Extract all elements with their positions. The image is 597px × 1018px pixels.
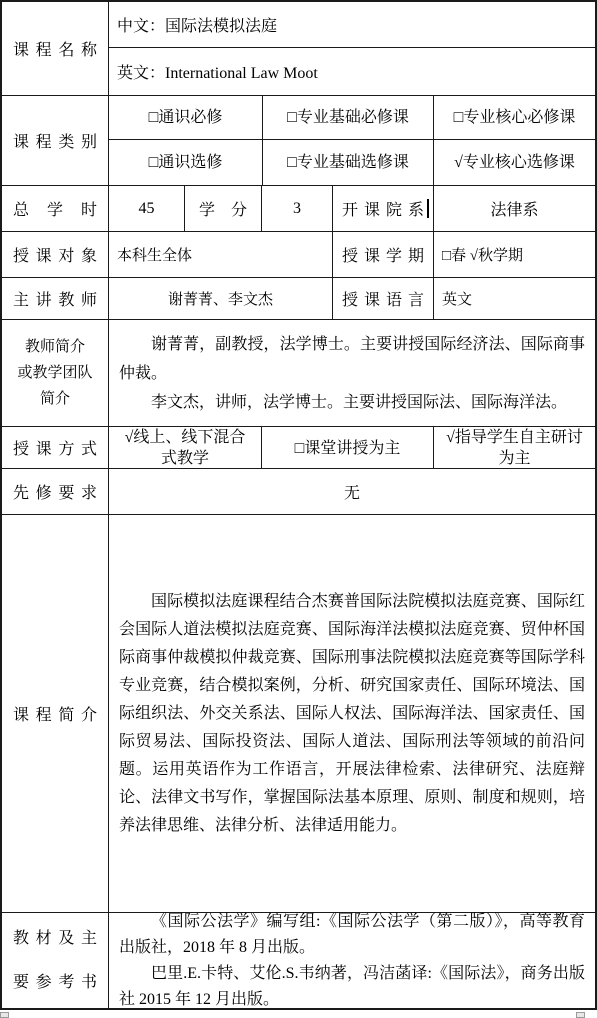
language-label: 授课语言 (333, 287, 433, 310)
audience-value-cell[interactable]: 本科生全体 (109, 232, 333, 277)
teacher-bio-paragraph: 谢菁菁，副教授，法学博士。主要讲授国际经济法、国际商事仲裁。 (119, 330, 585, 388)
department-value-cell[interactable]: 法律系 (434, 186, 595, 231)
textbook-paragraph: 《国际公法学》编写组:《国际公法学（第二版）》，高等教育出版社，2018 年 8… (119, 909, 585, 961)
instructor-value-cell[interactable]: 谢菁菁、李文杰 (109, 278, 333, 319)
teacher-bio-label-line: 教师简介 (25, 334, 85, 360)
category-option-cell[interactable]: □专业核心必修课 (434, 96, 595, 139)
course-name-en-cell[interactable]: 英文：International Law Moot (109, 48, 595, 95)
department-label: 开课院系 (333, 197, 433, 220)
semester-checkbox-value: □春 √秋学期 (442, 244, 523, 265)
teaching-method-label-cell: 授课方式 (2, 427, 109, 468)
prerequisites-value: 无 (344, 480, 360, 503)
textbooks-label-line: 要参考书 (2, 961, 108, 1005)
department-label-cell: 开课院系 (333, 186, 434, 231)
category-option-cell[interactable]: √专业核心选修课 (434, 140, 595, 185)
method-option-cell[interactable]: √指导学生自主研讨为主 (434, 427, 595, 469)
page-corner-artifact (0, 1012, 9, 1018)
checkbox-option-checked: √专业核心选修课 (446, 152, 583, 173)
teaching-method-band: 授课方式 √线上、线下混合式教学 □课堂讲授为主 √指导学生自主研讨为主 (2, 427, 595, 469)
language-value: 英文 (442, 288, 472, 309)
course-intro-label: 课程简介 (2, 702, 108, 725)
checkbox-option: □通识选修 (141, 152, 231, 173)
course-form-document: 课程名称 中文：国际法模拟法庭 英文：International Law Moo… (0, 0, 597, 1018)
textbooks-band: 教材及主 要参考书 《国际公法学》编写组:《国际公法学（第二版）》，高等教育出版… (2, 913, 595, 1008)
audience-value: 本科生全体 (117, 244, 192, 265)
course-name-band: 课程名称 中文：国际法模拟法庭 英文：International Law Moo… (2, 2, 595, 96)
checkbox-option: □通识必修 (141, 107, 231, 128)
audience-label: 授课对象 (2, 243, 108, 266)
course-intro-cell[interactable]: 国际模拟法庭课程结合杰赛普国际法院模拟法庭竞赛、国际红会国际人道法模拟法庭竞赛、… (109, 515, 595, 912)
course-category-band: 课程类别 □通识必修 □专业基础必修课 □专业核心必修课 □通识选修 (2, 96, 595, 186)
course-info-table: 课程名称 中文：国际法模拟法庭 英文：International Law Moo… (0, 0, 597, 1010)
course-name-cn-text: 中文：国际法模拟法庭 (117, 13, 277, 36)
textbooks-label-cell: 教材及主 要参考书 (2, 913, 109, 1008)
instructor-label-cell: 主讲教师 (2, 278, 109, 319)
category-option-cell[interactable]: □专业基础必修课 (263, 96, 434, 139)
checkbox-option: □课堂讲授为主 (287, 438, 409, 459)
checkbox-option: □专业基础选修课 (279, 152, 417, 173)
instructor-band: 主讲教师 谢菁菁、李文杰 授课语言 英文 (2, 278, 595, 320)
audience-band: 授课对象 本科生全体 授课学期 □春 √秋学期 (2, 232, 595, 278)
course-category-label-cell: 课程类别 (2, 96, 109, 185)
teacher-bio-label-line: 或教学团队 (17, 360, 92, 386)
total-hours-label: 总学时 (2, 197, 108, 220)
course-intro-text: 国际模拟法庭课程结合杰赛普国际法院模拟法庭竞赛、国际红会国际人道法模拟法庭竞赛、… (119, 588, 585, 840)
prerequisites-label: 先修要求 (2, 480, 108, 503)
teacher-bio-paragraph: 李文杰，讲师，法学博士。主要讲授国际法、国际海洋法。 (119, 388, 585, 417)
category-option-cell[interactable]: □专业基础选修课 (263, 140, 434, 185)
method-option-cell[interactable]: □课堂讲授为主 (262, 427, 434, 469)
text-cursor (427, 199, 429, 218)
hours-band: 总学时 45 学分 3 开课院系 (2, 186, 595, 232)
checkbox-option-checked: √指导学生自主研讨为主 (434, 427, 595, 469)
method-option-cell[interactable]: √线上、线下混合式教学 (109, 427, 262, 469)
teacher-bio-band: 教师简介 或教学团队 简介 谢菁菁，副教授，法学博士。主要讲授国际经济法、国际商… (2, 320, 595, 427)
instructor-names: 谢菁菁、李文杰 (168, 288, 273, 309)
teaching-method-label: 授课方式 (2, 436, 108, 459)
semester-label: 授课学期 (333, 243, 433, 266)
teacher-bio-label-cell: 教师简介 或教学团队 简介 (2, 320, 109, 426)
textbooks-cell[interactable]: 《国际公法学》编写组:《国际公法学（第二版）》，高等教育出版社，2018 年 8… (109, 913, 595, 1008)
prerequisites-band: 先修要求 无 (2, 469, 595, 515)
textbook-paragraph: 巴里.E.卡特、艾伦.S.韦纳著，冯洁菡译:《国际法》，商务出版社 2015 年… (119, 961, 585, 1013)
checkbox-option: □专业核心必修课 (446, 107, 584, 128)
textbooks-label-line: 教材及主 (2, 917, 108, 961)
category-option-cell[interactable]: □通识必修 (109, 96, 263, 139)
course-name-label-cell: 课程名称 (2, 2, 109, 95)
course-intro-label-cell: 课程简介 (2, 515, 109, 912)
total-hours-value-cell[interactable]: 45 (109, 186, 185, 231)
course-name-en-text: 英文：International Law Moot (117, 60, 318, 83)
course-name-cn-cell[interactable]: 中文：国际法模拟法庭 (109, 2, 595, 47)
credit-value: 3 (293, 200, 301, 218)
course-intro-band: 课程简介 国际模拟法庭课程结合杰赛普国际法院模拟法庭竞赛、国际红会国际人道法模拟… (2, 515, 595, 913)
prerequisites-label-cell: 先修要求 (2, 469, 109, 514)
credit-label: 学分 (185, 197, 261, 220)
category-option-cell[interactable]: □通识选修 (109, 140, 263, 185)
checkbox-option-checked: √线上、线下混合式教学 (109, 427, 261, 469)
semester-value-cell[interactable]: □春 √秋学期 (434, 232, 595, 277)
language-value-cell[interactable]: 英文 (434, 278, 595, 319)
page-corner-artifact (576, 1012, 585, 1018)
audience-label-cell: 授课对象 (2, 232, 109, 277)
total-hours-value: 45 (139, 200, 155, 218)
credit-value-cell[interactable]: 3 (262, 186, 333, 231)
prerequisites-value-cell[interactable]: 无 (109, 469, 595, 514)
total-hours-label-cell: 总学时 (2, 186, 109, 231)
course-category-label: 课程类别 (2, 129, 108, 152)
teacher-bio-label-line: 简介 (40, 386, 70, 412)
instructor-label: 主讲教师 (2, 287, 108, 310)
checkbox-option: □专业基础必修课 (279, 107, 417, 128)
semester-label-cell: 授课学期 (333, 232, 434, 277)
department-value: 法律系 (490, 197, 538, 220)
course-name-label: 课程名称 (2, 37, 108, 60)
teacher-bio-cell[interactable]: 谢菁菁，副教授，法学博士。主要讲授国际经济法、国际商事仲裁。 李文杰，讲师，法学… (109, 320, 595, 426)
credit-label-cell: 学分 (185, 186, 262, 231)
language-label-cell: 授课语言 (333, 278, 434, 319)
